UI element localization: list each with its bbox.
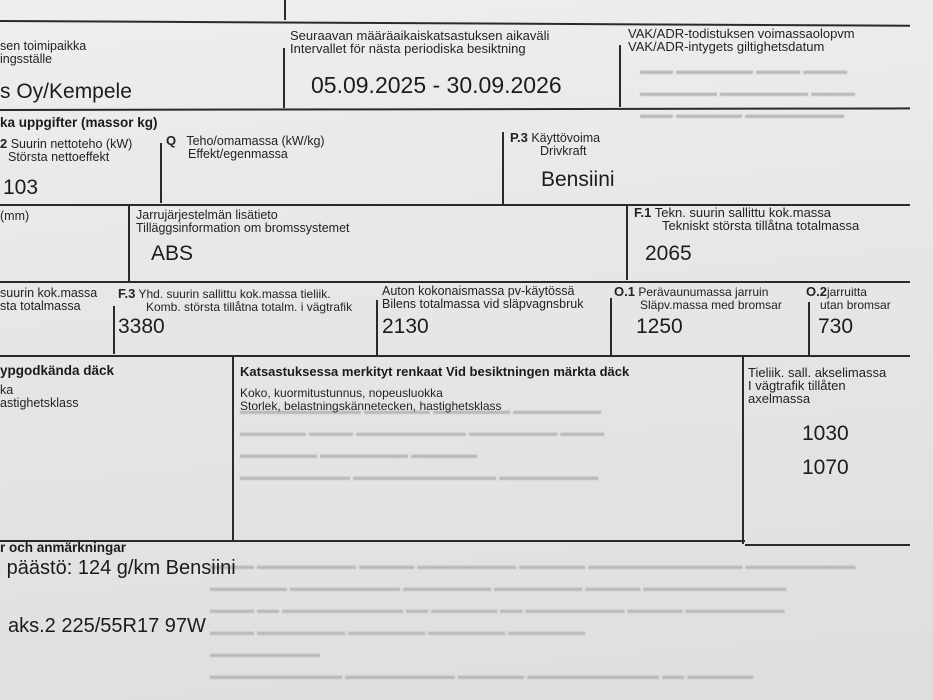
- inspection-site-value: s Oy/Kempele: [0, 80, 132, 104]
- label-sv: Effekt/egenmassa: [166, 148, 325, 161]
- divider: [742, 357, 744, 544]
- remarks-header: r och anmärkningar: [0, 540, 126, 555]
- divider: [113, 306, 115, 354]
- max-net-power-value: 103: [3, 176, 38, 200]
- max-net-power-label: 2 Suurin nettoteho (kW) Största nettoeff…: [0, 137, 132, 164]
- label-sv: Tekniskt största tillåtna totalmassa: [634, 219, 859, 232]
- field-code: O.2: [806, 284, 827, 299]
- divider: [283, 48, 285, 108]
- label-sv: Släpv.massa med bromsar: [614, 299, 782, 312]
- label-fi: jarruitta: [827, 285, 867, 299]
- approved-tyres-label: ka astighetsklass: [0, 384, 79, 410]
- divider: [232, 357, 234, 540]
- axle-mass-label: Tieliik. sall. akselimassa I vägtrafik t…: [748, 366, 886, 405]
- label-fi: Teho/omamassa (kW/kg): [186, 134, 324, 148]
- trailer-braked-value: 1250: [636, 315, 683, 339]
- marked-tyres-header: Katsastuksessa merkityt renkaat Vid besi…: [240, 364, 629, 379]
- marked-tyres-label: Koko, kuormitustunnus, nopeusluokka Stor…: [240, 387, 502, 413]
- next-inspection-value: 05.09.2025 - 30.09.2026: [311, 72, 562, 99]
- total-mass-trailer-use-label: Auton kokonaismassa pv-käytössä Bilens t…: [382, 285, 584, 311]
- divider: [284, 0, 286, 20]
- brake-info-label: Jarrujärjestelmän lisätieto Tilläggsinfo…: [136, 209, 350, 235]
- label-sv: ingsställe: [0, 53, 86, 66]
- fuel-value: Bensiini: [541, 168, 615, 192]
- field-code: F.3: [118, 286, 135, 301]
- label-sv: Tilläggsinformation om bromssystemet: [136, 222, 350, 235]
- label-fi: Käyttövoima: [531, 131, 600, 145]
- field-code: Q: [166, 133, 176, 148]
- label-line: Storlek, belastningskännetecken, hastigh…: [240, 400, 502, 413]
- total-mass-trailer-use-value: 2130: [382, 315, 429, 339]
- bleed-through-text: ▬▬▬ ▬▬▬▬▬▬▬ ▬▬▬▬ ▬▬▬▬▬▬▬▬▬▬▬ ▬▬▬▬▬▬▬▬ ▬▬…: [640, 60, 930, 150]
- tech-max-mass-label: F.1 Tekn. suurin sallittu kok.massa Tekn…: [634, 206, 859, 232]
- combined-max-mass-value: 3380: [118, 315, 165, 339]
- field-code: F.1: [634, 205, 651, 220]
- section-masses-header: ka uppgifter (massor kg): [0, 115, 158, 130]
- field-code: P.3: [510, 130, 528, 145]
- divider: [160, 143, 162, 203]
- divider: [610, 298, 612, 355]
- label-sv: Intervallet för nästa periodiska besiktn…: [290, 42, 549, 55]
- divider: [626, 204, 628, 280]
- divider: [0, 355, 910, 357]
- divider: [745, 544, 910, 546]
- tech-max-mass-value: 2065: [645, 242, 692, 266]
- label-sv: sta totalmassa: [0, 300, 97, 313]
- trailer-unbraked-value: 730: [818, 315, 853, 339]
- remarks-line-2: aks.2 225/55R17 97W: [8, 615, 206, 638]
- label-fi: Perävaunumassa jarruin: [638, 285, 768, 299]
- divider: [128, 205, 130, 281]
- axle-mass-value-1: 1030: [802, 422, 849, 446]
- fuel-label: P.3 Käyttövoima Drivkraft: [510, 131, 600, 158]
- power-weight-ratio-label: Q Teho/omamassa (kW/kg) Effekt/egenmassa: [166, 134, 325, 161]
- divider: [619, 45, 621, 107]
- max-total-mass-label: suurin kok.massa sta totalmassa: [0, 287, 97, 313]
- field-code: O.1: [614, 284, 635, 299]
- label-line: axelmassa: [748, 392, 886, 405]
- label-fi: Suurin nettoteho (kW): [11, 137, 133, 151]
- axle-mass-value-2: 1070: [802, 456, 849, 480]
- divider: [376, 300, 378, 355]
- label-sv: VAK/ADR-intygets giltighetsdatum: [628, 40, 855, 53]
- label-sv: Bilens totalmassa vid släpvagnsbruk: [382, 298, 584, 311]
- combined-max-mass-label: F.3 Yhd. suurin sallittu kok.massa tieli…: [118, 287, 352, 314]
- divider: [502, 132, 504, 204]
- remarks-line-1: 2 päästö: 124 g/km Bensiini: [0, 557, 236, 580]
- field-code: 2: [0, 136, 7, 151]
- brake-info-value: ABS: [151, 242, 193, 266]
- trailer-unbraked-label: O.2jarruitta utan bromsar: [806, 285, 891, 312]
- divider: [0, 281, 910, 283]
- bleed-through-text: ▬▬▬▬ ▬▬▬▬▬▬▬▬▬ ▬▬▬▬▬ ▬▬▬▬▬▬▬▬▬ ▬▬▬▬▬▬ ▬▬…: [210, 555, 930, 700]
- trailer-braked-label: O.1 Perävaunumassa jarruin Släpv.massa m…: [614, 285, 782, 312]
- next-inspection-label: Seuraavan määräaikaiskatsastuksen aikavä…: [290, 29, 549, 55]
- inspection-site-label: sen toimipaikka ingsställe: [0, 40, 86, 66]
- label-line: astighetsklass: [0, 397, 79, 410]
- registration-document: ▬▬▬ ▬▬▬▬▬▬▬ ▬▬▬▬ ▬▬▬▬▬▬▬▬▬▬▬ ▬▬▬▬▬▬▬▬ ▬▬…: [0, 0, 933, 700]
- label-sv: Största nettoeffekt: [0, 151, 132, 164]
- bleed-through-text: ▬▬▬▬▬▬▬▬▬▬▬ ▬▬▬▬▬▬ ▬▬▬▬▬▬▬ ▬▬▬▬▬▬▬▬▬▬▬▬▬…: [240, 400, 730, 530]
- label-sv: Komb. största tillåtna totalm. i vägtraf…: [118, 301, 352, 314]
- adr-certificate-label: VAK/ADR-todistuksen voimassaolopvm VAK/A…: [628, 27, 855, 53]
- dimension-label: (mm): [0, 210, 29, 223]
- approved-tyres-header: ypgodkända däck: [0, 363, 114, 378]
- label-sv: Drivkraft: [510, 145, 600, 158]
- label-sv: utan bromsar: [806, 299, 891, 312]
- label-fi: Yhd. suurin sallittu kok.massa tieliik.: [138, 287, 330, 301]
